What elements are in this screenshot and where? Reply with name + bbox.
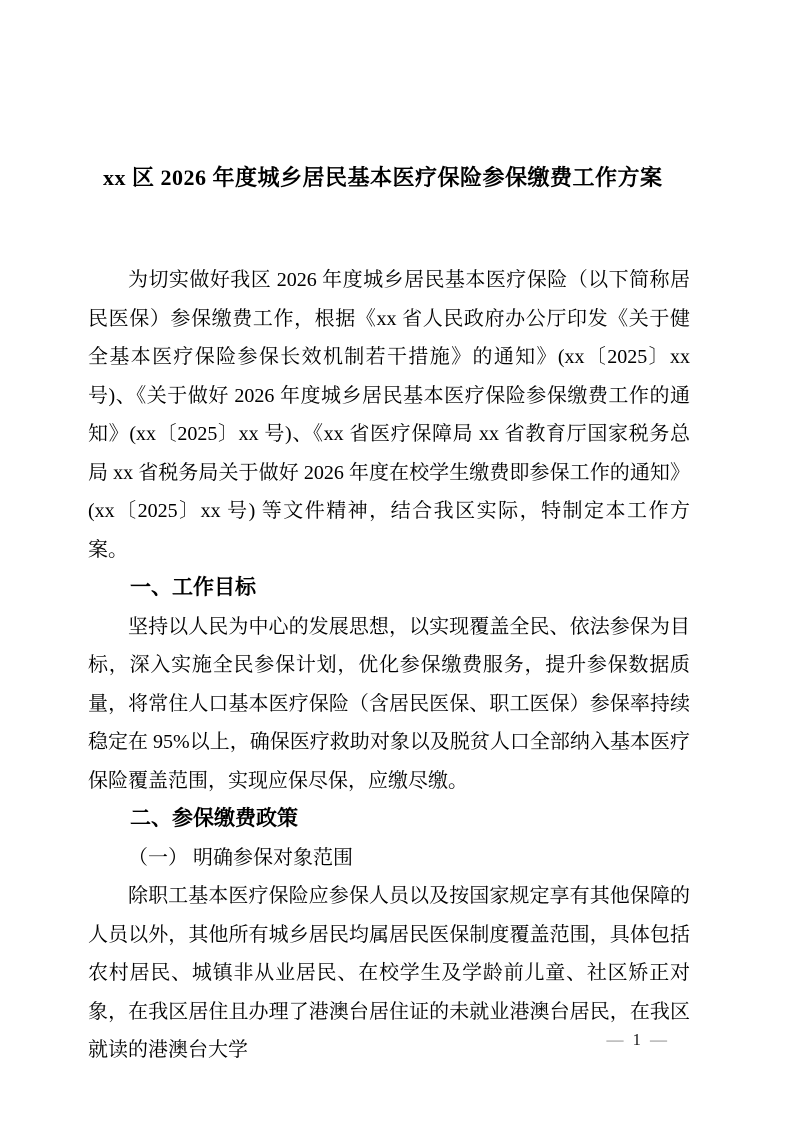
paragraph-work-goals: 坚持以人民为中心的发展思想，以实现覆盖全民、依法参保为目标，深入实施全民参保计划… xyxy=(88,608,690,801)
heading-work-goals: 一、工作目标 xyxy=(88,569,690,608)
heading-enrollment-policy: 二、参保缴费政策 xyxy=(88,800,690,839)
document-title: xx 区 2026 年度城乡居民基本医疗保险参保缴费工作方案 xyxy=(103,163,690,193)
paragraph-intro: 为切实做好我区 2026 年度城乡居民基本医疗保险（以下简称居民医保）参保缴费工… xyxy=(88,261,690,569)
paragraph-enrollment-scope: 除职工基本医疗保险应参保人员以及按国家规定享有其他保障的人员以外，其他所有城乡居… xyxy=(88,877,690,1070)
footer-dash-left: — xyxy=(607,1030,624,1050)
page-number: 1 xyxy=(633,1030,642,1050)
document-content: xx 区 2026 年度城乡居民基本医疗保险参保缴费工作方案 为切实做好我区 2… xyxy=(88,0,690,1070)
document-body: 为切实做好我区 2026 年度城乡居民基本医疗保险（以下简称居民医保）参保缴费工… xyxy=(88,261,690,1070)
footer-dash-right: — xyxy=(650,1030,667,1050)
document-page: xx 区 2026 年度城乡居民基本医疗保险参保缴费工作方案 为切实做好我区 2… xyxy=(0,0,793,1122)
subheading-enrollment-scope: （一） 明确参保对象范围 xyxy=(88,839,690,878)
page-footer: — 1 — xyxy=(607,1030,668,1050)
